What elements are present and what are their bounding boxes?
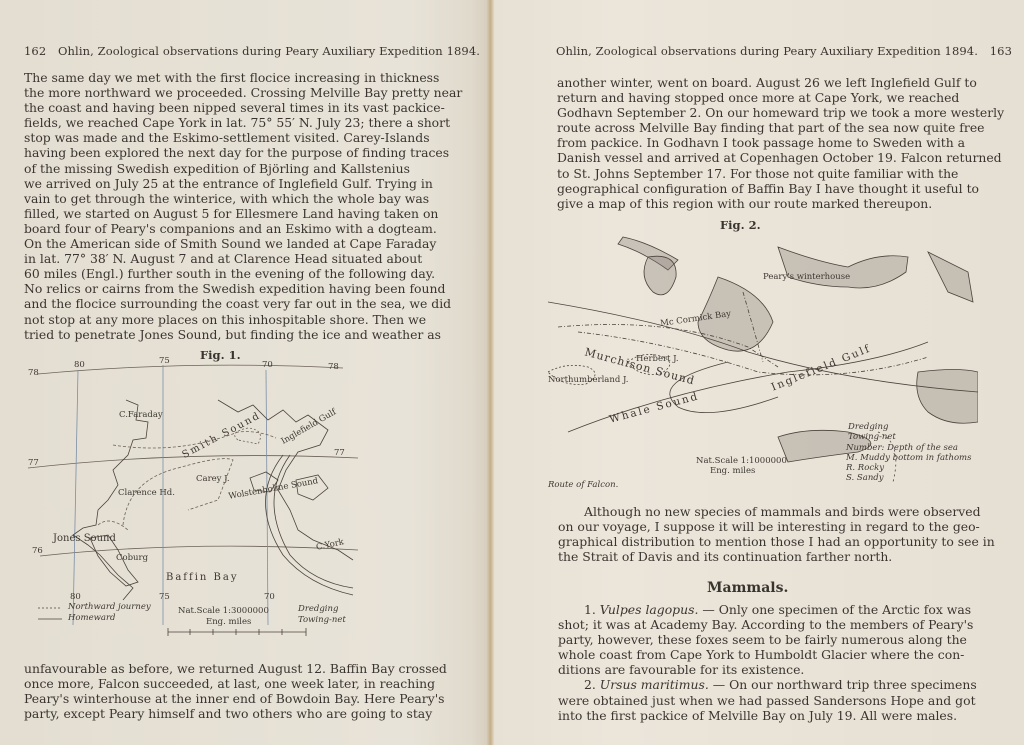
text-line: on our voyage, I suppose it will be inte… (558, 519, 942, 534)
text-line: fields, we reached Cape York in lat. 75°… (24, 115, 410, 130)
text-line: from packice. In Godhavn I took passage … (557, 135, 941, 150)
longitude-label: 80 (70, 592, 81, 602)
text-line: filled, we started on August 5 for Elles… (24, 206, 410, 221)
section-heading: Mammals. (707, 580, 788, 596)
scale-label: Nat.Scale 1:3000000 (178, 606, 269, 616)
text-line: and the flocice surrounding the coast ve… (24, 296, 410, 311)
left-page: 162 Ohlin, Zoological observations durin… (0, 0, 480, 745)
latitude-label: 78 (28, 368, 39, 378)
legend-homeward: Homeward (68, 613, 115, 623)
longitude-label: 75 (159, 356, 170, 366)
text-line: The same day we met with the first floci… (24, 70, 410, 85)
text-line: Godhavn September 2. On our homeward tri… (557, 105, 941, 120)
text-line: vain to get through the winterice, with … (24, 191, 410, 206)
text-line: — On our northward trip three specimens (713, 677, 977, 692)
legend-sandy: S. Sandy (846, 473, 884, 483)
place-label: Jones Sound (53, 533, 116, 544)
longitude-label: 70 (264, 592, 275, 602)
text-line: party, except Peary himself and two othe… (24, 706, 410, 721)
text-line: tried to penetrate Jones Sound, but find… (24, 327, 410, 342)
longitude-label: 70 (262, 360, 273, 370)
text-line: stop was made and the Eskimo-settlement … (24, 130, 410, 145)
running-head-right: Ohlin, Zoological observations during Pe… (556, 44, 1012, 58)
text-line: unfavourable as before, we returned Augu… (24, 661, 410, 676)
text-line: party, however, these foxes seem to be f… (558, 632, 942, 647)
text-line: 60 miles (Engl.) further south in the ev… (24, 266, 410, 281)
text-line: On the American side of Smith Sound we l… (24, 236, 410, 251)
book-spread: 162 Ohlin, Zoological observations durin… (0, 0, 1024, 745)
paragraph: unfavourable as before, we returned Augu… (24, 661, 410, 721)
legend-muddy: M. Muddy bottom in fathoms (846, 453, 971, 463)
running-head-text: Ohlin, Zoological observations during Pe… (556, 44, 978, 58)
text-line: the coast and having been nipped several… (24, 100, 410, 115)
text-line: to St. Johns September 17. For those not… (557, 166, 941, 181)
place-label: Carey J. (196, 474, 230, 484)
place-label: Herbert J. (636, 354, 679, 364)
page-number: 163 (990, 44, 1012, 58)
baffin-bay-map: 78 78 77 77 76 80 75 70 80 75 70 C.Farad… (28, 360, 358, 640)
legend-route: Route of Falcon. (548, 480, 618, 490)
text-line: Although no new species of mammals and b… (558, 504, 942, 519)
place-label: C.Faraday (119, 410, 163, 420)
species-name: Vulpes lagopus. (600, 602, 699, 617)
text-line: whole coast from Cape York to Humboldt G… (558, 647, 942, 662)
paragraph: Although no new species of mammals and b… (558, 504, 942, 564)
text-line: — Only one specimen of the Arctic fox wa… (702, 602, 971, 617)
text-line: into the first packice of Melville Bay o… (558, 708, 942, 723)
text-line: not stop at any more places on this inho… (24, 312, 410, 327)
latitude-label: 76 (32, 546, 43, 556)
text-line: Danish vessel and arrived at Copenhagen … (557, 150, 941, 165)
text-line: Peary's winterhouse at the inner end of … (24, 691, 410, 706)
text-line: the more northward we proceeded. Crossin… (24, 85, 410, 100)
legend-northward: Northward journey (68, 602, 151, 612)
page-number: 162 (24, 44, 46, 58)
legend-depth: Number: Depth of the sea (846, 443, 958, 453)
species-list: 1. Vulpes lagopus. — Only one specimen o… (558, 602, 942, 723)
longitude-label: 80 (74, 360, 85, 370)
text-line: graphical distribution to mention those … (558, 534, 942, 549)
figure-caption: Fig. 2. (720, 218, 761, 232)
scale-label: Nat.Scale 1:1000000 (696, 456, 787, 466)
species-entry-2: 2. Ursus maritimus. — On our northward t… (558, 677, 942, 692)
text-line: give a map of this region with our route… (557, 196, 941, 211)
inglefield-gulf-map: Mc Cormick Bay Peary's winterhouse Murch… (548, 232, 978, 492)
text-line: the Strait of Davis and its continuation… (558, 549, 942, 564)
text-line: board four of Peary's companions and an … (24, 221, 410, 236)
text-line: of the missing Swedish expedition of Bjö… (24, 161, 410, 176)
text-line: once more, Falcon succeeded, at last, on… (24, 676, 410, 691)
text-line: geographical configuration of Baffin Bay… (557, 181, 941, 196)
latitude-label: 77 (28, 458, 39, 468)
text-line: another winter, went on board. August 26… (557, 75, 941, 90)
place-label: Coburg (116, 553, 148, 563)
scale-units: Eng. miles (710, 466, 755, 476)
legend-rocky: R. Rocky (846, 463, 884, 473)
latitude-label: 77 (334, 448, 345, 458)
legend-towing: Towing-net (298, 615, 346, 625)
species-number: 1. (584, 602, 596, 617)
species-entry-1: 1. Vulpes lagopus. — Only one specimen o… (558, 602, 942, 617)
text-line: we arrived on July 25 at the entrance of… (24, 176, 410, 191)
species-name: Ursus maritimus. (600, 677, 709, 692)
place-label: Baffin Bay (166, 572, 239, 583)
legend-dredging: Dredging (848, 422, 888, 432)
text-line: route across Melville Bay finding that p… (557, 120, 941, 135)
paragraph: The same day we met with the first floci… (24, 70, 410, 342)
latitude-label: 78 (328, 362, 339, 372)
text-line: return and having stopped once more at C… (557, 90, 941, 105)
running-head-text: Ohlin, Zoological observations during Pe… (58, 44, 480, 58)
running-head-left: 162 Ohlin, Zoological observations durin… (24, 44, 480, 58)
scale-units: Eng. miles (206, 617, 251, 627)
species-number: 2. (584, 677, 596, 692)
text-line: were obtained just when we had passed Sa… (558, 693, 942, 708)
text-line: ditions are favourable for its existence… (558, 662, 942, 677)
place-label: Peary's winterhouse (763, 272, 850, 282)
text-line: in lat. 77° 38′ N. August 7 and at Clare… (24, 251, 410, 266)
right-page: Ohlin, Zoological observations during Pe… (492, 0, 1024, 745)
paragraph: another winter, went on board. August 26… (557, 75, 941, 211)
legend-towing: Towing-net (848, 432, 896, 442)
text-line: No relics or cairns from the Swedish exp… (24, 281, 410, 296)
text-line: shot; it was at Academy Bay. According t… (558, 617, 942, 632)
place-label: Northumberland J. (548, 375, 628, 385)
place-label: Clarence Hd. (118, 488, 175, 498)
legend-dredging: Dredging (298, 604, 338, 614)
longitude-label: 75 (159, 592, 170, 602)
text-line: having been explored the next day for th… (24, 145, 410, 160)
